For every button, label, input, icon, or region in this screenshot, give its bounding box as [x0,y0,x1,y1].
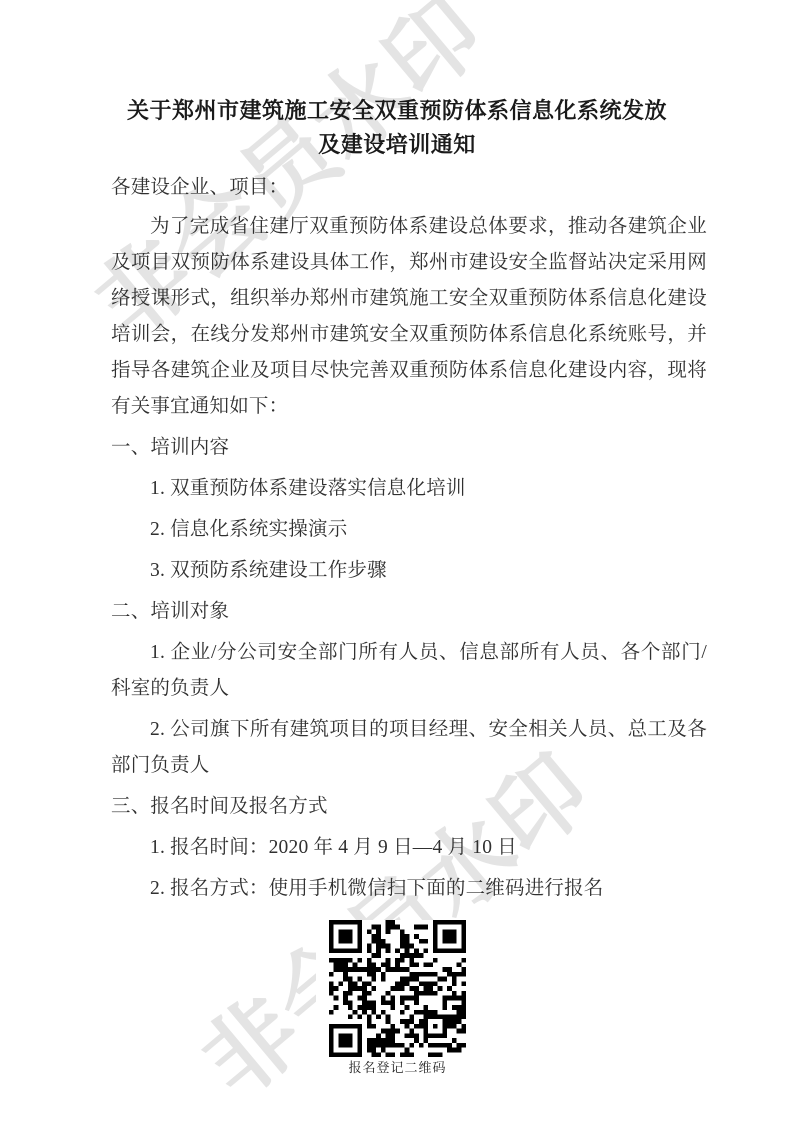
document-body: 各建设企业、项目： 为了完成省住建厅双重预防体系建设总体要求，推动各建筑企业及项… [111,170,707,1076]
qr-code [329,920,466,1057]
training-content-item-1: 1. 双重预防体系建设落实信息化培训 [111,471,707,507]
training-content-item-2: 2. 信息化系统实操演示 [111,512,707,548]
section-heading-registration: 三、报名时间及报名方式 [111,789,707,825]
qr-caption: 报名登记二维码 [316,1060,479,1076]
training-audience-item-2: 2. 公司旗下所有建筑项目的项目经理、安全相关人员、总工及各部门负责人 [111,712,707,784]
section-heading-training-audience: 二、培训对象 [111,594,707,630]
section-heading-training-content: 一、培训内容 [111,430,707,466]
document-title: 关于郑州市建筑施工安全双重预防体系信息化系统发放 及建设培训通知 [0,94,794,162]
qr-block: 报名登记二维码 [316,920,479,1076]
document-page: 非会员水印 非会员水印 关于郑州市建筑施工安全双重预防体系信息化系统发放 及建设… [0,0,794,1122]
registration-time-item: 1. 报名时间：2020 年 4 月 9 日—4 月 10 日 [111,830,707,866]
salutation: 各建设企业、项目： [111,170,707,206]
training-content-item-3: 3. 双预防系统建设工作步骤 [111,553,707,589]
title-line-1: 关于郑州市建筑施工安全双重预防体系信息化系统发放 [0,94,794,128]
registration-method-item: 2. 报名方式：使用手机微信扫下面的二维码进行报名 [111,871,707,907]
title-line-2: 及建设培训通知 [0,128,794,162]
intro-paragraph: 为了完成省住建厅双重预防体系建设总体要求，推动各建筑企业及项目双预防体系建设具体… [111,209,707,425]
training-audience-item-1: 1. 企业/分公司安全部门所有人员、信息部所有人员、各个部门/科室的负责人 [111,635,707,707]
